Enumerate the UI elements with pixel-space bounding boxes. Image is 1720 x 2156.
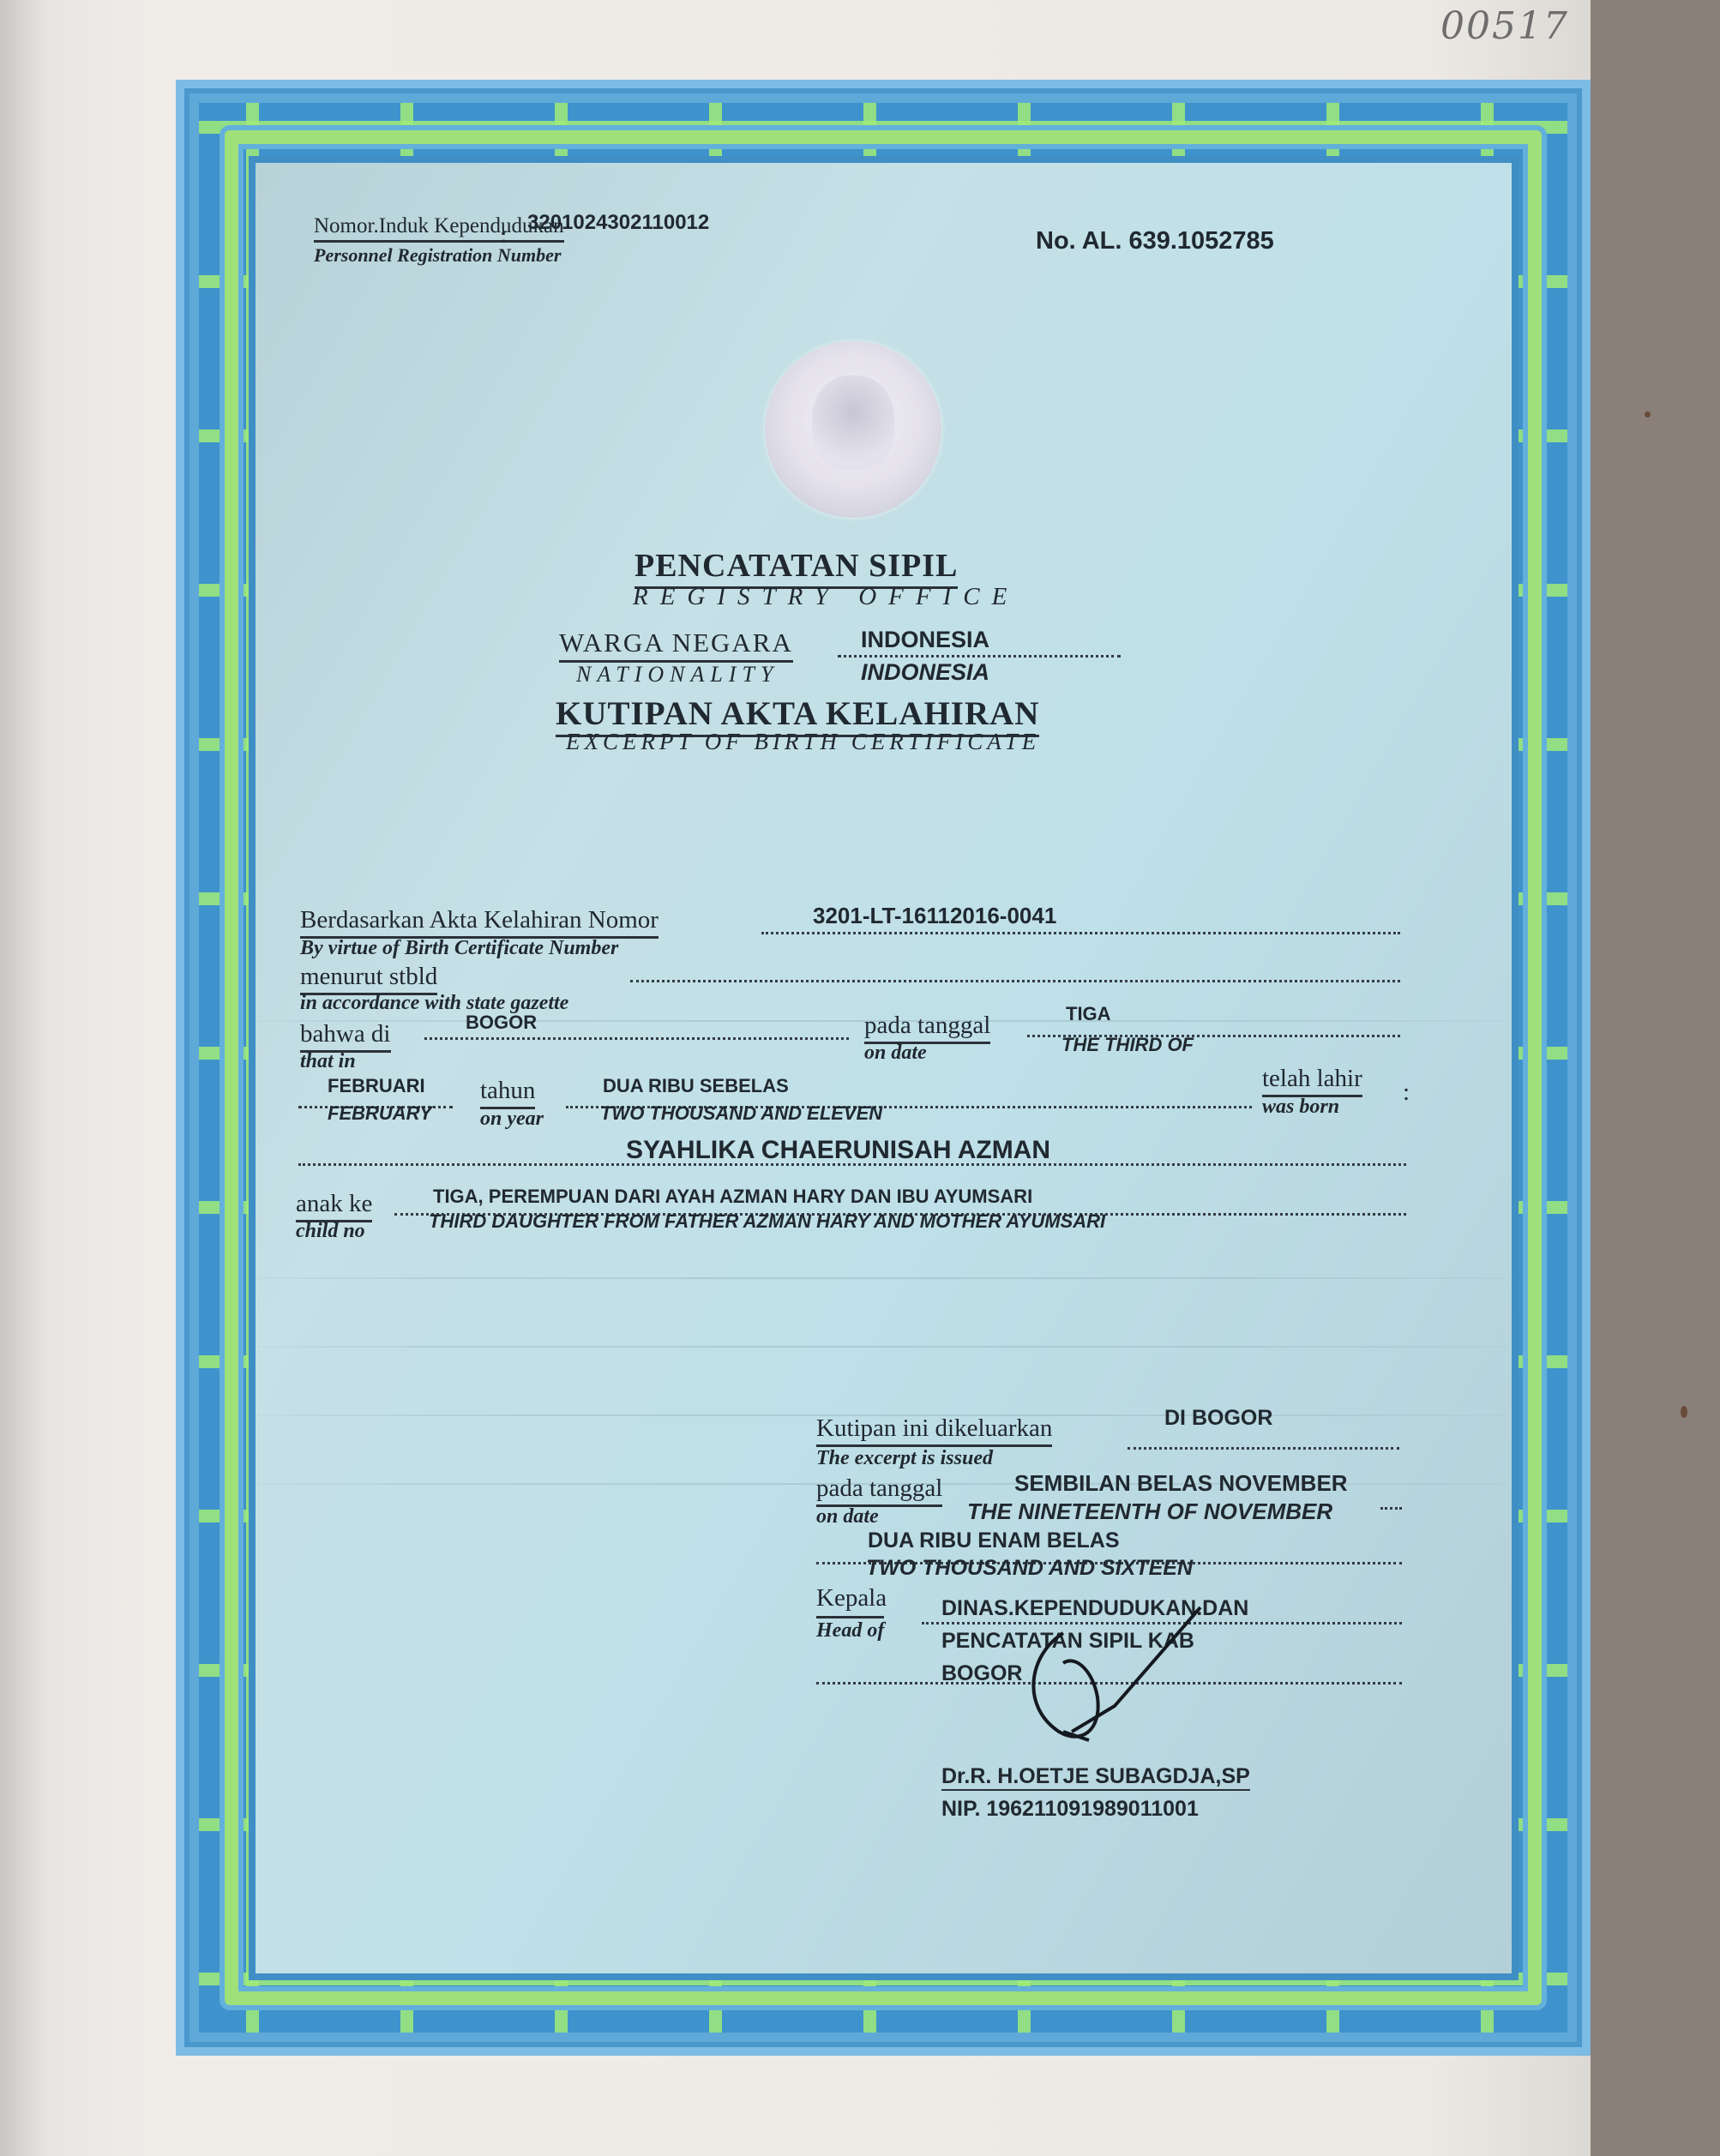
- born-label: telah lahir: [1262, 1065, 1362, 1097]
- signature: [1012, 1603, 1218, 1749]
- child-name: SYAHLIKA CHAERUNISAH AZMAN: [626, 1136, 1050, 1165]
- nik-colon: :: [500, 225, 507, 249]
- child-no-label-en: child no: [296, 1220, 365, 1243]
- speck: [1645, 411, 1651, 417]
- head-label: Kepala: [816, 1584, 887, 1612]
- signatory-nip: NIP. 196211091989011001: [941, 1797, 1199, 1822]
- birth-date-value-en: THE THIRD OF: [1061, 1034, 1194, 1056]
- birth-date-value: TIGA: [1066, 1003, 1111, 1025]
- head-label-en: Head of: [816, 1616, 884, 1643]
- year-value: DUA RIBU SEBELAS: [603, 1075, 789, 1097]
- issue-year-value-en: TWO THOUSAND AND SIXTEEN: [866, 1556, 1193, 1581]
- document-title-en: EXCERPT OF BIRTH CERTIFICATE: [566, 729, 1040, 755]
- watermark-wave: [256, 1346, 1512, 1348]
- nationality-value-en: INDONESIA: [861, 659, 989, 686]
- month-value: FEBRUARI: [328, 1075, 425, 1097]
- signatory-name: Dr.R. H.OETJE SUBAGDJA,SP: [941, 1764, 1250, 1791]
- dotted-line: [761, 932, 1400, 934]
- nationality-label-en: NATIONALITY: [576, 662, 779, 688]
- year-value-en: TWO THOUSAND AND ELEVEN: [600, 1102, 882, 1125]
- year-label-en: on year: [480, 1108, 544, 1131]
- issued-label: Kutipan ini dikeluarkan: [816, 1414, 1052, 1447]
- dotted-line: [630, 980, 1400, 982]
- child-no-value-en: THIRD DAUGHTER FROM FATHER AZMAN HARY AN…: [429, 1210, 1105, 1233]
- handwritten-note: 00517: [1440, 4, 1569, 48]
- issue-date-label: pada tanggal: [816, 1474, 942, 1507]
- dotted-line: [1380, 1507, 1402, 1510]
- cert-no-value: 3201-LT-16112016-0041: [813, 903, 1056, 929]
- dotted-line: [298, 1163, 1406, 1166]
- issue-date-value-en: THE NINETEENTH OF NOVEMBER: [967, 1498, 1332, 1525]
- child-no-label: anak ke: [296, 1190, 372, 1222]
- nik-value: 3201024302110012: [527, 211, 709, 235]
- nationality-value: INDONESIA: [861, 627, 989, 653]
- child-no-value: TIGA, PEREMPUAN DARI AYAH AZMAN HARY DAN…: [433, 1186, 1032, 1208]
- place-value: BOGOR: [466, 1012, 537, 1034]
- speck: [1681, 1406, 1687, 1418]
- cert-no-label-en: By virtue of Birth Certificate Number: [300, 937, 618, 960]
- nik-label: Nomor.Induk Kependudukan: [314, 214, 564, 243]
- issue-date-label-en: on date: [816, 1505, 879, 1528]
- month-value-en: FEBRUARY: [328, 1102, 432, 1125]
- issued-value: DI BOGOR: [1164, 1406, 1272, 1431]
- born-colon: :: [1403, 1078, 1410, 1107]
- watermark-wave: [256, 1277, 1512, 1279]
- office-title-en: REGISTRY OFFICE: [633, 583, 1019, 611]
- document-number: No. AL. 639.1052785: [1036, 227, 1274, 255]
- born-label-en: was born: [1262, 1096, 1339, 1119]
- year-label: tahun: [480, 1077, 535, 1109]
- issue-date-value: SEMBILAN BELAS NOVEMBER: [1014, 1470, 1348, 1497]
- birth-date-label: pada tanggal: [864, 1012, 990, 1044]
- issued-label-en: The excerpt is issued: [816, 1447, 993, 1470]
- issue-year-value: DUA RIBU ENAM BELAS: [868, 1528, 1120, 1553]
- nationality-label: WARGA NEGARA: [559, 628, 793, 663]
- nik-label-en: Personnel Registration Number: [314, 244, 561, 267]
- cert-no-label: Berdasarkan Akta Kelahiran Nomor: [300, 906, 659, 939]
- birth-date-label-en: on date: [864, 1042, 927, 1065]
- stbld-label: menurut stbld: [300, 963, 437, 995]
- dotted-line: [838, 655, 1121, 658]
- dotted-line: [1128, 1447, 1399, 1450]
- place-label: bahwa di: [300, 1020, 391, 1053]
- garuda-seal-icon: [765, 341, 941, 518]
- place-label-en: that in: [300, 1050, 356, 1073]
- dotted-line: [424, 1037, 849, 1040]
